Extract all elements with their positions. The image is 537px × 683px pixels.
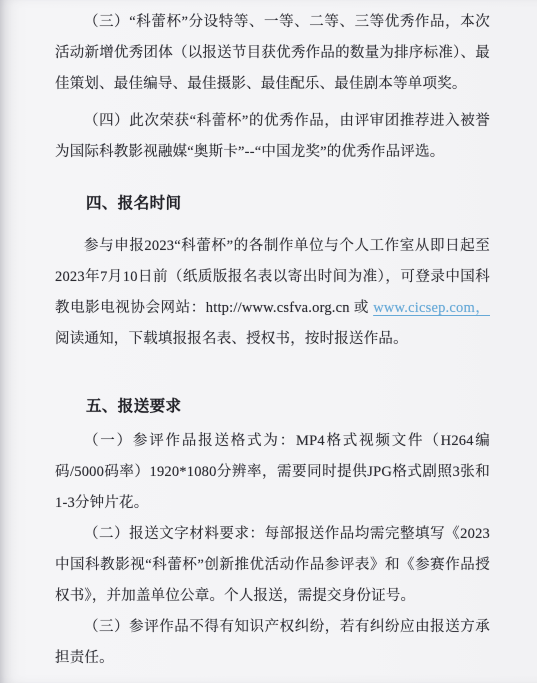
document-page: （三）“科蕾杯”分设特等、一等、二等、三等优秀作品，本次活动新增优秀团体（以报送… <box>0 0 537 683</box>
paragraph-registration-info: 参与申报2023“科蕾杯”的各制作单位与个人工作室从即日起至2023年7月10日… <box>55 231 490 355</box>
paragraph-written-materials-requirement: （二）报送文字材料要求：每部报送作品均需完整填写《2023中国科教影视“科蕾杯”… <box>55 519 490 612</box>
paragraph-award-tiers: （三）“科蕾杯”分设特等、一等、二等、三等优秀作品，本次活动新增优秀团体（以报送… <box>55 7 490 100</box>
registration-text-after-link: 阅读通知，下载填报报名表、授权书，按时报送作品。 <box>55 331 408 347</box>
heading-submission-requirements: 五、报送要求 <box>55 391 490 422</box>
heading-registration-time: 四、报名时间 <box>55 188 490 219</box>
cicsep-website-link[interactable]: www.cicsep.com， <box>373 300 490 316</box>
paragraph-format-requirement: （一）参评作品报送格式为：MP4格式视频文件（H264编码/5000码率）192… <box>55 426 490 519</box>
paragraph-dragon-award: （四）此次荣获“科蕾杯”的优秀作品，由评审团推荐进入被誉为国际科教影视融媒“奥斯… <box>55 106 490 168</box>
paragraph-ip-dispute-requirement: （三）参评作品不得有知识产权纠纷，若有纠纷应由报送方承担责任。 <box>55 612 490 674</box>
scanned-document-background: { "page": { "background_color": "#f4f4f6… <box>0 0 537 683</box>
